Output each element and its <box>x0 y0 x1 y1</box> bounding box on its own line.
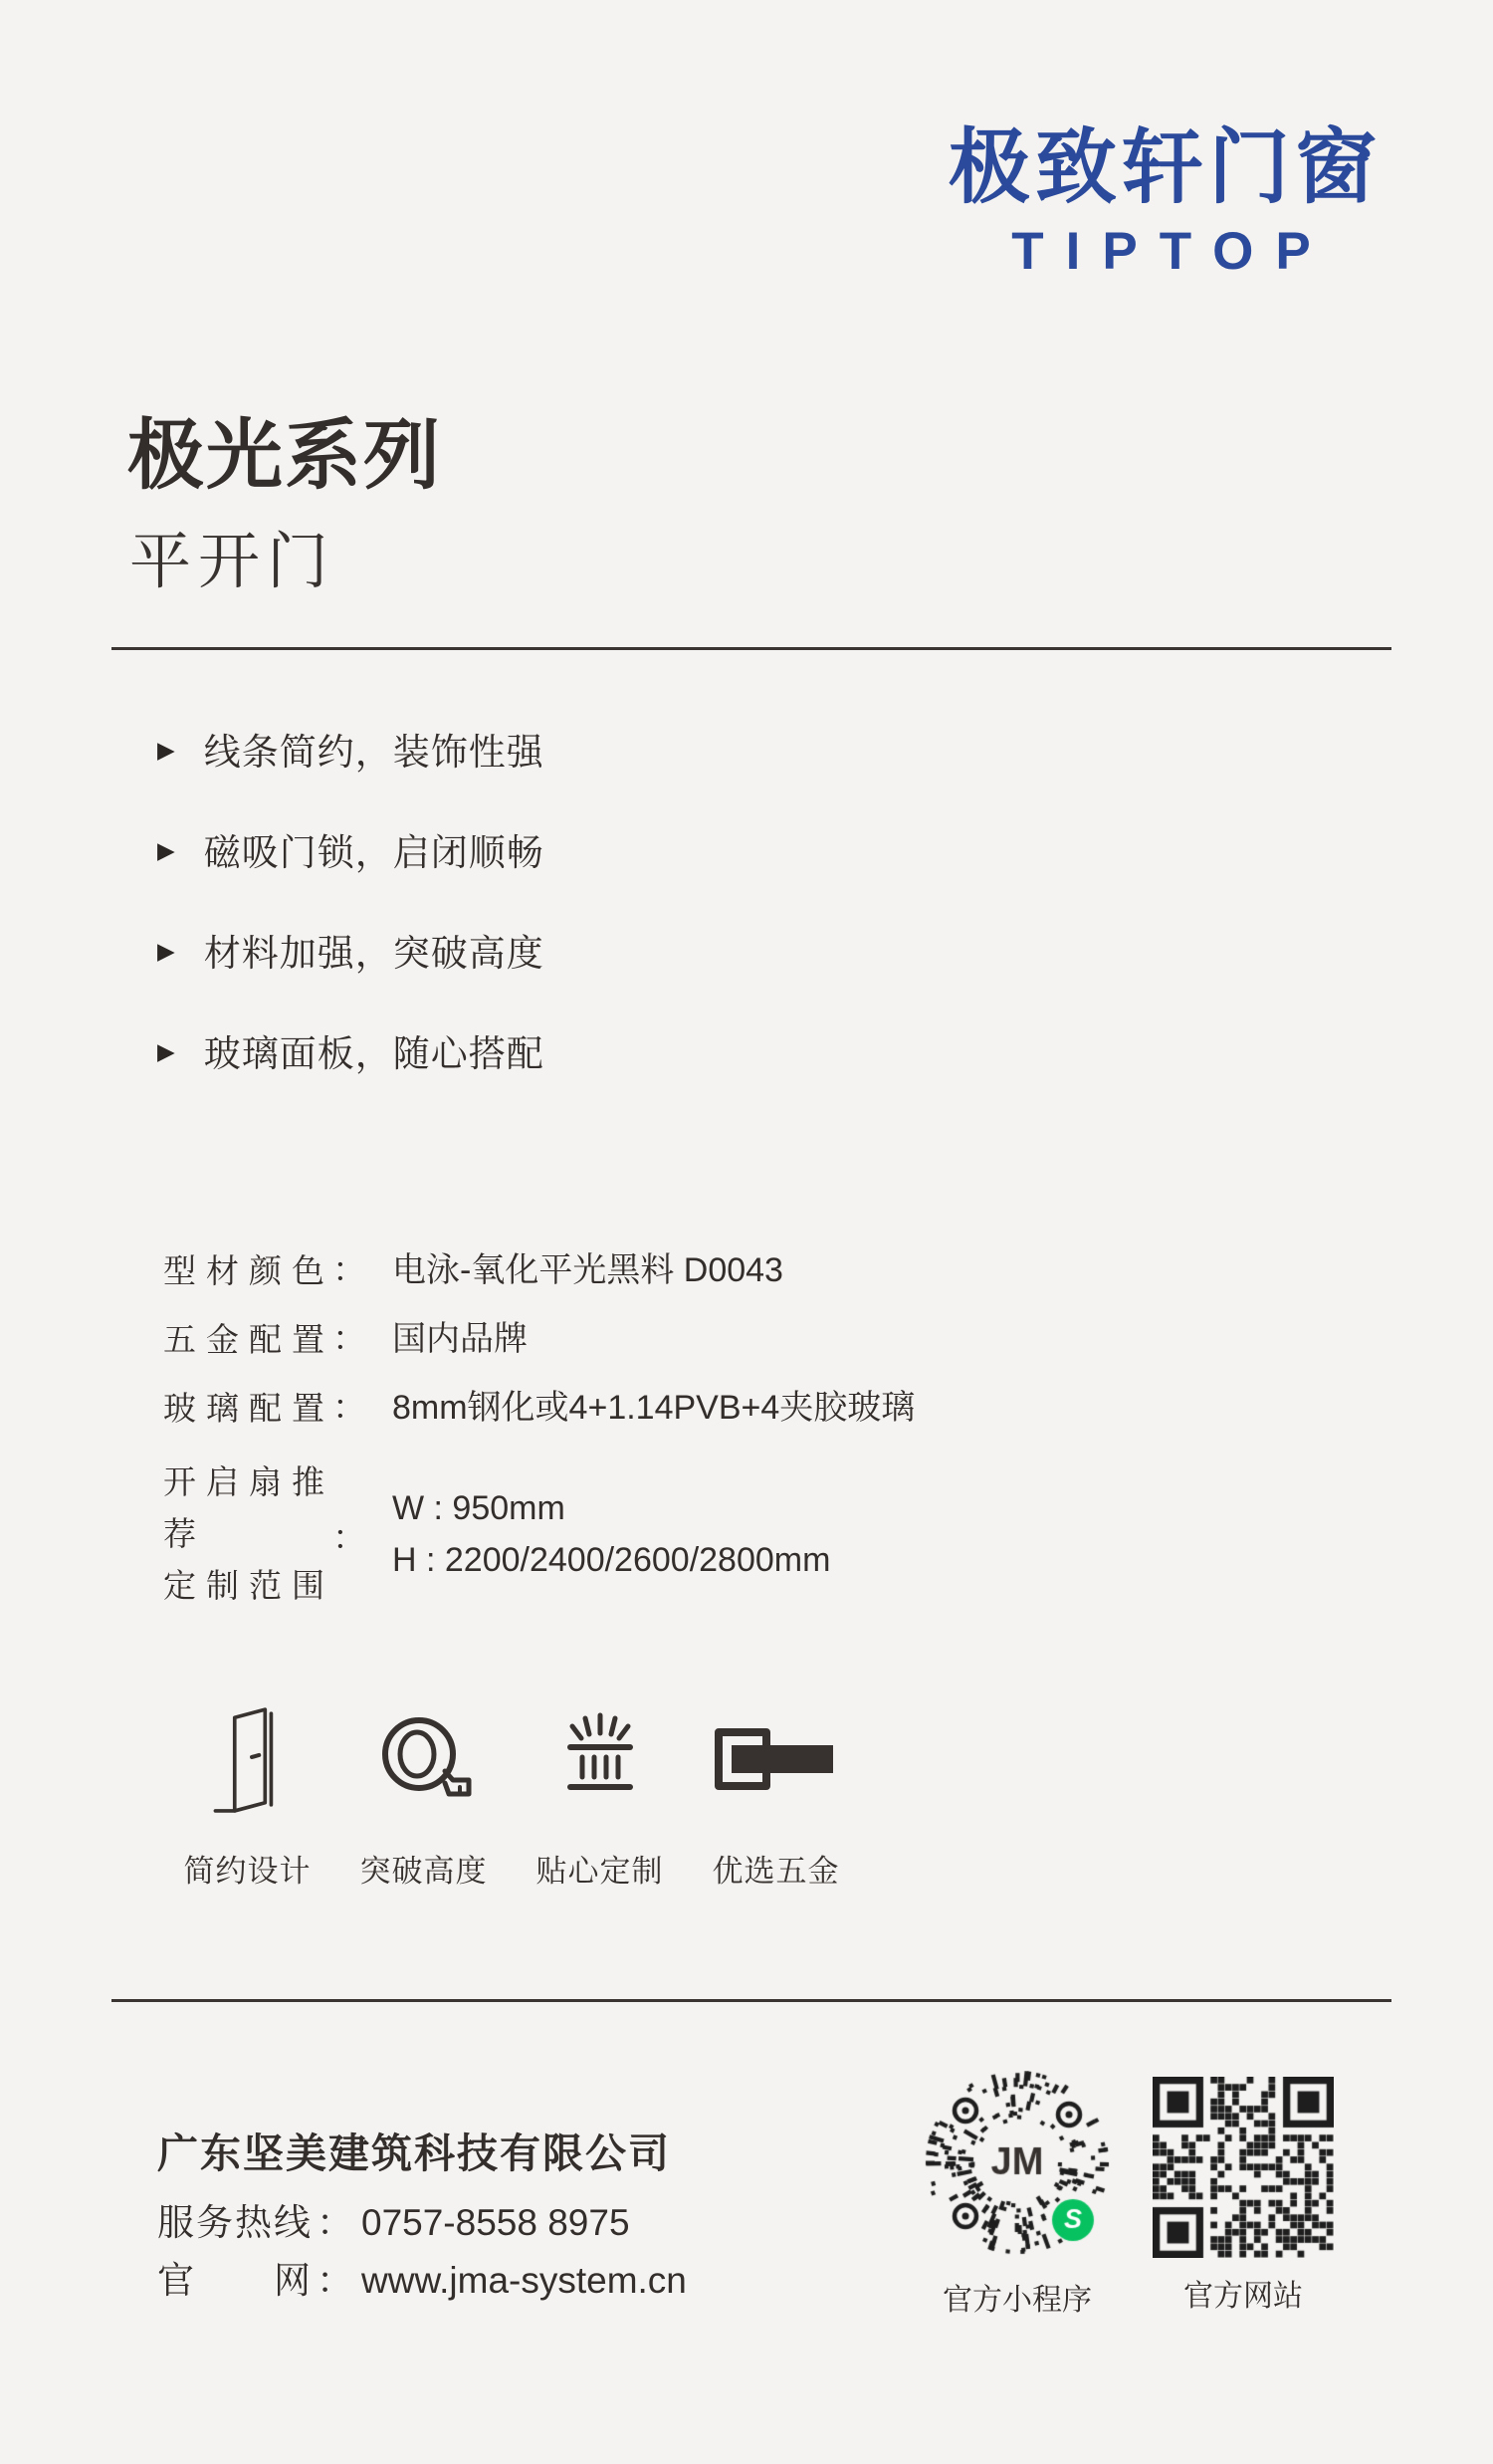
custom-stamp-icon <box>550 1694 650 1824</box>
contact-colon: ： <box>317 2258 353 2304</box>
door-icon <box>207 1694 289 1824</box>
product-spec-sheet: 极致轩门窗 TIPTOP 极光系列 平开门 ▶ 线条简约，装饰性强 ▶ 磁吸门锁… <box>0 0 1493 2464</box>
spec-label: 玻璃配置 <box>163 1388 324 1429</box>
bullet-triangle-icon: ▶ <box>157 739 176 762</box>
spec-row-hardware: 五金配置 ： 国内品牌 <box>163 1319 915 1360</box>
spec-row-profile-color: 型材颜色 ： 电泳-氧化平光黑料 D0043 <box>163 1250 915 1291</box>
highlight-label: 突破高度 <box>360 1846 488 1891</box>
spec-value: 国内品牌 <box>392 1319 528 1360</box>
mini-program-qr-code <box>922 2071 1113 2262</box>
mini-program-qr-label: 官方小程序 <box>922 2275 1113 2319</box>
divider-top <box>111 647 1391 650</box>
size-range-height: H : 2200/2400/2600/2800mm <box>392 1534 830 1586</box>
spec-colon: ： <box>332 1250 366 1291</box>
spec-value: 8mm钢化或4+1.14PVB+4夹胶玻璃 <box>392 1388 915 1429</box>
brand-logo-english: TIPTOP <box>949 221 1382 282</box>
feature-item: ▶ 材料加强，突破高度 <box>157 928 544 972</box>
feature-text: 玻璃面板，随心搭配 <box>204 1023 544 1077</box>
spec-colon: ： <box>332 1510 366 1559</box>
highlight-row: 简约设计 突破高度 <box>159 1694 864 1891</box>
size-range-label-line1: 开启扇推荐 <box>163 1456 324 1560</box>
highlight-premium-hardware: 优选五金 <box>688 1694 864 1891</box>
spec-colon: ： <box>332 1388 366 1429</box>
size-range-label: 开启扇推荐 定制范围 <box>163 1456 324 1612</box>
feature-text: 材料加强，突破高度 <box>204 923 544 977</box>
bullet-triangle-icon: ▶ <box>157 839 176 862</box>
spec-row-size-range: 开启扇推荐 定制范围 ： W : 950mm H : 2200/2400/260… <box>163 1456 915 1612</box>
website-row: 官网 ： www.jma-system.cn <box>157 2258 687 2304</box>
feature-item: ▶ 玻璃面板，随心搭配 <box>157 1028 544 1072</box>
spec-colon: ： <box>332 1319 366 1360</box>
website-qr-label: 官方网站 <box>1153 2271 1334 2315</box>
spec-label: 型材颜色 <box>163 1250 324 1291</box>
highlight-height-breakthrough: 突破高度 <box>335 1694 512 1891</box>
highlight-label: 简约设计 <box>184 1846 312 1891</box>
highlight-label: 贴心定制 <box>536 1846 664 1891</box>
website-label: 官网 <box>157 2258 311 2304</box>
size-range-width: W : 950mm <box>392 1482 830 1534</box>
divider-bottom <box>111 1999 1391 2002</box>
website-url: www.jma-system.cn <box>361 2258 687 2304</box>
highlight-label: 优选五金 <box>713 1846 840 1891</box>
bullet-triangle-icon: ▶ <box>157 1040 176 1063</box>
highlight-custom-made: 贴心定制 <box>512 1694 688 1891</box>
feature-item: ▶ 线条简约，装饰性强 <box>157 727 544 771</box>
brand-logo: 极致轩门窗 TIPTOP <box>949 125 1382 282</box>
spec-table: 型材颜色 ： 电泳-氧化平光黑料 D0043 五金配置 ： 国内品牌 玻璃配置 … <box>163 1250 915 1612</box>
product-type-title: 平开门 <box>129 512 335 600</box>
brand-logo-chinese: 极致轩门窗 <box>949 125 1382 211</box>
spec-label: 五金配置 <box>163 1319 324 1360</box>
hotline-row: 服务热线 ： 0757-8558 8975 <box>157 2200 687 2246</box>
spec-row-glass: 玻璃配置 ： 8mm钢化或4+1.14PVB+4夹胶玻璃 <box>163 1388 915 1429</box>
hotline-number: 0757-8558 8975 <box>361 2200 630 2246</box>
website-qr-code <box>1153 2077 1334 2258</box>
spec-value: 电泳-氧化平光黑料 D0043 <box>392 1250 783 1291</box>
size-range-label-line2: 定制范围 <box>163 1560 324 1612</box>
highlight-simple-design: 简约设计 <box>159 1694 335 1891</box>
website-qr-group: 官方网站 <box>1153 2077 1334 2315</box>
size-range-values: W : 950mm H : 2200/2400/2600/2800mm <box>392 1482 830 1586</box>
mini-program-qr-group: 官方小程序 <box>922 2071 1113 2319</box>
feature-text: 磁吸门锁，启闭顺畅 <box>204 822 544 876</box>
contact-colon: ： <box>317 2200 353 2246</box>
company-name: 广东坚美建筑科技有限公司 <box>157 2128 687 2178</box>
feature-item: ▶ 磁吸门锁，启闭顺畅 <box>157 827 544 871</box>
series-title: 极光系列 <box>127 394 442 505</box>
bullet-triangle-icon: ▶ <box>157 940 176 963</box>
feature-text: 线条简约，装饰性强 <box>204 722 544 776</box>
hotline-label: 服务热线 <box>157 2200 311 2246</box>
feature-list: ▶ 线条简约，装饰性强 ▶ 磁吸门锁，启闭顺畅 ▶ 材料加强，突破高度 ▶ 玻璃… <box>157 727 544 1129</box>
footer-company-info: 广东坚美建筑科技有限公司 服务热线 ： 0757-8558 8975 官网 ： … <box>157 2128 687 2304</box>
door-handle-icon <box>714 1694 839 1824</box>
tape-measure-icon <box>374 1694 474 1824</box>
